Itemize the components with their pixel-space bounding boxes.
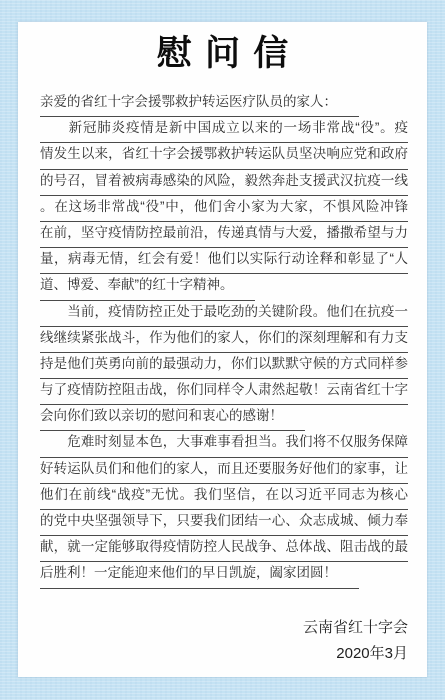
letter-line: 新冠肺炎疫情是新中国成立以来的一场非常战“役”。疫 (40, 117, 408, 143)
letter-line: 线继续紧张战斗，作为他们的家人，你们的深刻理解和有力支 (40, 327, 408, 353)
letter-date: 2020年3月 (40, 641, 408, 667)
letter-line: 的党中央坚强领导下，只要我们团结一心、众志成城、倾力奉 (40, 510, 408, 536)
letter-line: 好转运队员们和他们的家人，而且还要服务好他们的家事，让 (40, 458, 408, 484)
letter-line: 持是他们英勇向前的最强动力，你们以默默守候的方式同样参 (40, 353, 408, 379)
letter-line: 道、博爱、奉献”的红十字精神。 (40, 274, 255, 300)
letter-salutation: 亲爱的省红十字会援鄂救护转运医疗队员的家人： (40, 91, 359, 117)
letter-title: 慰问信 (18, 36, 427, 71)
letter-line: 他们在前线“战疫”无忧。我们坚信，在以习近平同志为核心 (40, 484, 408, 510)
letter-paragraphs: 新冠肺炎疫情是新中国成立以来的一场非常战“役”。疫情发生以来，省红十字会援鄂救护… (40, 117, 408, 588)
signature: 云南省红十字会 (40, 615, 408, 641)
letter-line: 当前，疫情防控正处于最吃劲的关键阶段。他们在抗疫一 (40, 301, 408, 327)
letter-card: 慰问信 亲爱的省红十字会援鄂救护转运医疗队员的家人： 新冠肺炎疫情是新中国成立以… (18, 22, 427, 677)
letter-line: 后胜利！一定能迎来他们的早日凯旋，阖家团圆！ (40, 562, 359, 588)
letter-line: 与了疫情防控阻击战，你们同样令人肃然起敬！云南省红十字 (40, 379, 408, 405)
letter-line: 危难时刻显本色，大事难事看担当。我们将不仅服务保障 (40, 431, 408, 457)
letter-line: 献，就一定能够取得疫情防控人民战争、总体战、阻击战的最 (40, 536, 408, 562)
letter-line: 。在这场非常战“役”中，他们舍小家为大家，不惧风险冲锋 (40, 196, 408, 222)
letter-line: 会向你们致以亲切的慰问和衷心的感谢！ (40, 405, 305, 431)
letter-body: 亲爱的省红十字会援鄂救护转运医疗队员的家人： 新冠肺炎疫情是新中国成立以来的一场… (18, 91, 427, 667)
letter-line: 的号召，冒着被病毒感染的风险，毅然奔赴支援武汉抗疫一线 (40, 170, 408, 196)
letter-line: 量，病毒无情，红会有爱！他们以实际行动诠释和彰显了“人 (40, 248, 408, 274)
letter-line: 在前，坚守疫情防控最前沿，传递真情与大爱，播撒希望与力 (40, 222, 408, 248)
letter-line: 情发生以来，省红十字会援鄂救护转运队员坚决响应党和政府 (40, 143, 408, 169)
letter-page: 慰问信 亲爱的省红十字会援鄂救护转运医疗队员的家人： 新冠肺炎疫情是新中国成立以… (0, 0, 445, 700)
